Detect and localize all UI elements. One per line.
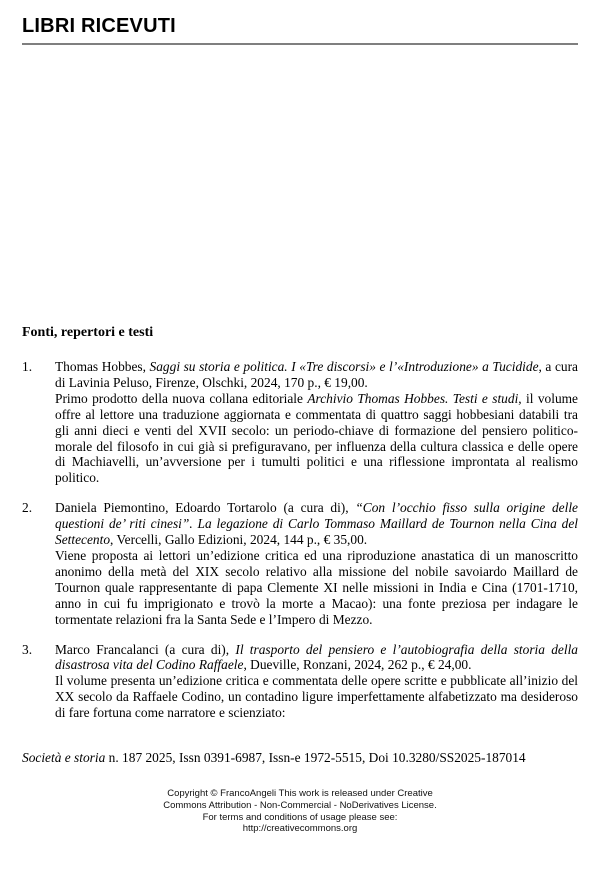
entry-body: Thomas Hobbes, Saggi su storia e politic… [55,359,578,486]
entry-description: Primo prodotto della nuova collana edito… [55,391,578,486]
entry-number: 2. [22,500,55,627]
entry-citation: Thomas Hobbes, Saggi su storia e politic… [55,359,578,391]
book-entry: 3. Marco Francalanci (a cura di), Il tra… [22,642,578,722]
copyright-block: Copyright © FrancoAngeli This work is re… [22,788,578,835]
copyright-line: http://creativecommons.org [22,823,578,835]
copyright-line: Commons Attribution - Non-Commercial - N… [22,800,578,812]
page-title: LIBRI RICEVUTI [22,16,578,36]
entry-description: Viene proposta ai lettori un’edizione cr… [55,548,578,628]
entries-list: 1. Thomas Hobbes, Saggi su storia e poli… [22,359,578,721]
book-entry: 2. Daniela Piemontino, Edoardo Tortarolo… [22,500,578,627]
journal-page: LIBRI RICEVUTI Fonti, repertori e testi … [0,16,600,835]
entry-body: Daniela Piemontino, Edoardo Tortarolo (a… [55,500,578,627]
entry-citation: Daniela Piemontino, Edoardo Tortarolo (a… [55,500,578,548]
book-entry: 1. Thomas Hobbes, Saggi su storia e poli… [22,359,578,486]
entry-body: Marco Francalanci (a cura di), Il traspo… [55,642,578,722]
copyright-line: Copyright © FrancoAngeli This work is re… [22,788,578,800]
journal-line: Società e storia n. 187 2025, Issn 0391-… [22,750,578,765]
entry-number: 3. [22,642,55,722]
copyright-line: For terms and conditions of usage please… [22,812,578,824]
entry-number: 1. [22,359,55,486]
title-rule [22,43,578,45]
section-heading: Fonti, repertori e testi [22,326,578,340]
entry-citation: Marco Francalanci (a cura di), Il traspo… [55,642,578,674]
entry-description: Il volume presenta un’edizione critica e… [55,673,578,721]
